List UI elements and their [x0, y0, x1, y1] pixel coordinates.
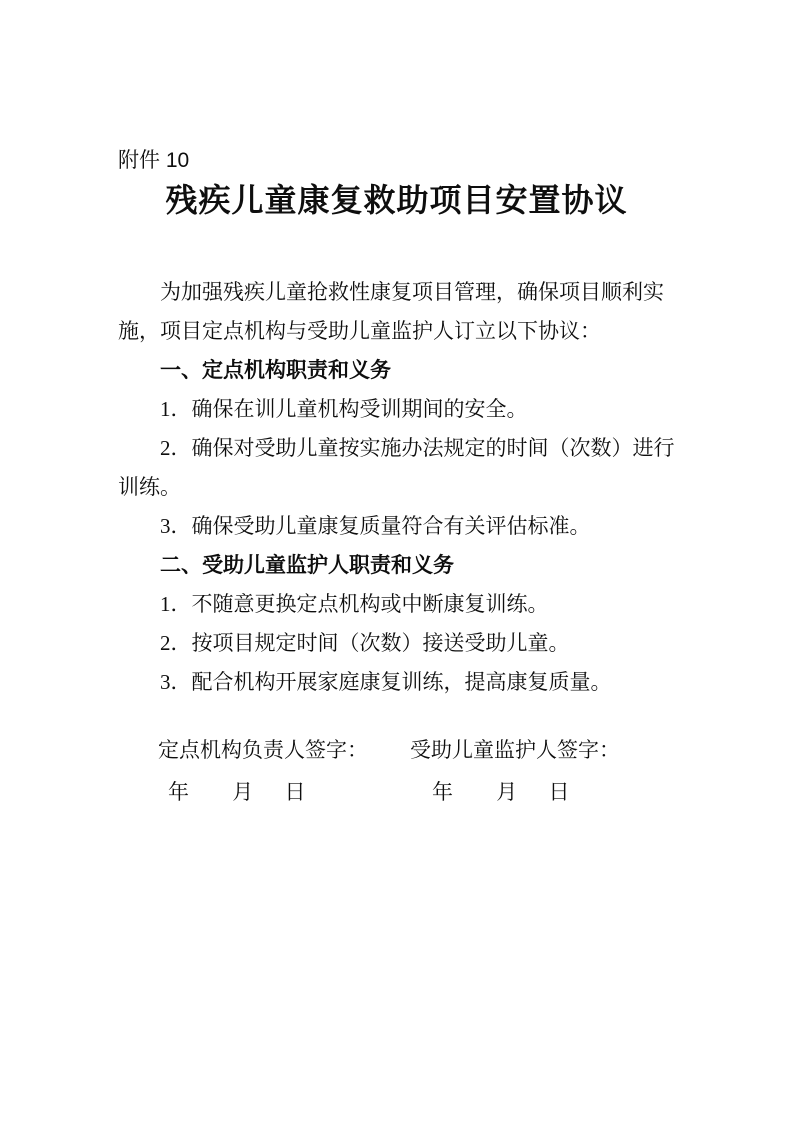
section-2-item-2: 2．按项目规定时间（次数）接送受助儿童。	[118, 624, 675, 663]
section-2-item-3: 3．配合机构开展家庭康复训练，提高康复质量。	[118, 663, 675, 702]
attachment-label: 附件 10	[118, 145, 675, 177]
institution-signature-label: 定点机构负责人签字：	[158, 731, 410, 770]
signature-labels-row: 定点机构负责人签字： 受助儿童监护人签字：	[118, 731, 675, 770]
signature-left-column: 定点机构负责人签字：	[158, 731, 410, 770]
month-label: 月	[496, 770, 517, 815]
section-1-item-1: 1．确保在训儿童机构受训期间的安全。	[118, 390, 675, 429]
signature-block: 定点机构负责人签字： 受助儿童监护人签字： 年 月 日 年	[118, 731, 675, 815]
signature-dates-row: 年 月 日 年 月 日	[118, 770, 675, 815]
day-label: 日	[549, 770, 570, 815]
document-page: 附件 10 残疾儿童康复救助项目安置协议 为加强残疾儿童抢救性康复项目管理，确保…	[0, 0, 793, 1122]
intro-paragraph: 为加强残疾儿童抢救性康复项目管理，确保项目顺利实施，项目定点机构与受助儿童监护人…	[118, 273, 675, 351]
guardian-date-line: 年 月 日	[410, 770, 675, 815]
date-left-column: 年 月 日	[158, 770, 410, 815]
section-2-item-1: 1．不随意更换定点机构或中断康复训练。	[118, 585, 675, 624]
section-1-heading: 一、定点机构职责和义务	[118, 351, 675, 390]
section-1-item-3: 3．确保受助儿童康复质量符合有关评估标准。	[118, 507, 675, 546]
year-label: 年	[168, 770, 189, 815]
day-label: 日	[285, 770, 306, 815]
date-right-column: 年 月 日	[410, 770, 675, 815]
signature-right-column: 受助儿童监护人签字：	[410, 731, 675, 770]
section-2-heading: 二、受助儿童监护人职责和义务	[118, 546, 675, 585]
section-1-item-2: 2．确保对受助儿童按实施办法规定的时间（次数）进行训练。	[118, 429, 675, 507]
document-content: 附件 10 残疾儿童康复救助项目安置协议 为加强残疾儿童抢救性康复项目管理，确保…	[118, 145, 675, 815]
institution-date-line: 年 月 日	[158, 770, 410, 815]
month-label: 月	[232, 770, 253, 815]
guardian-signature-label: 受助儿童监护人签字：	[410, 731, 675, 770]
document-title: 残疾儿童康复救助项目安置协议	[118, 177, 675, 223]
year-label: 年	[432, 770, 453, 815]
